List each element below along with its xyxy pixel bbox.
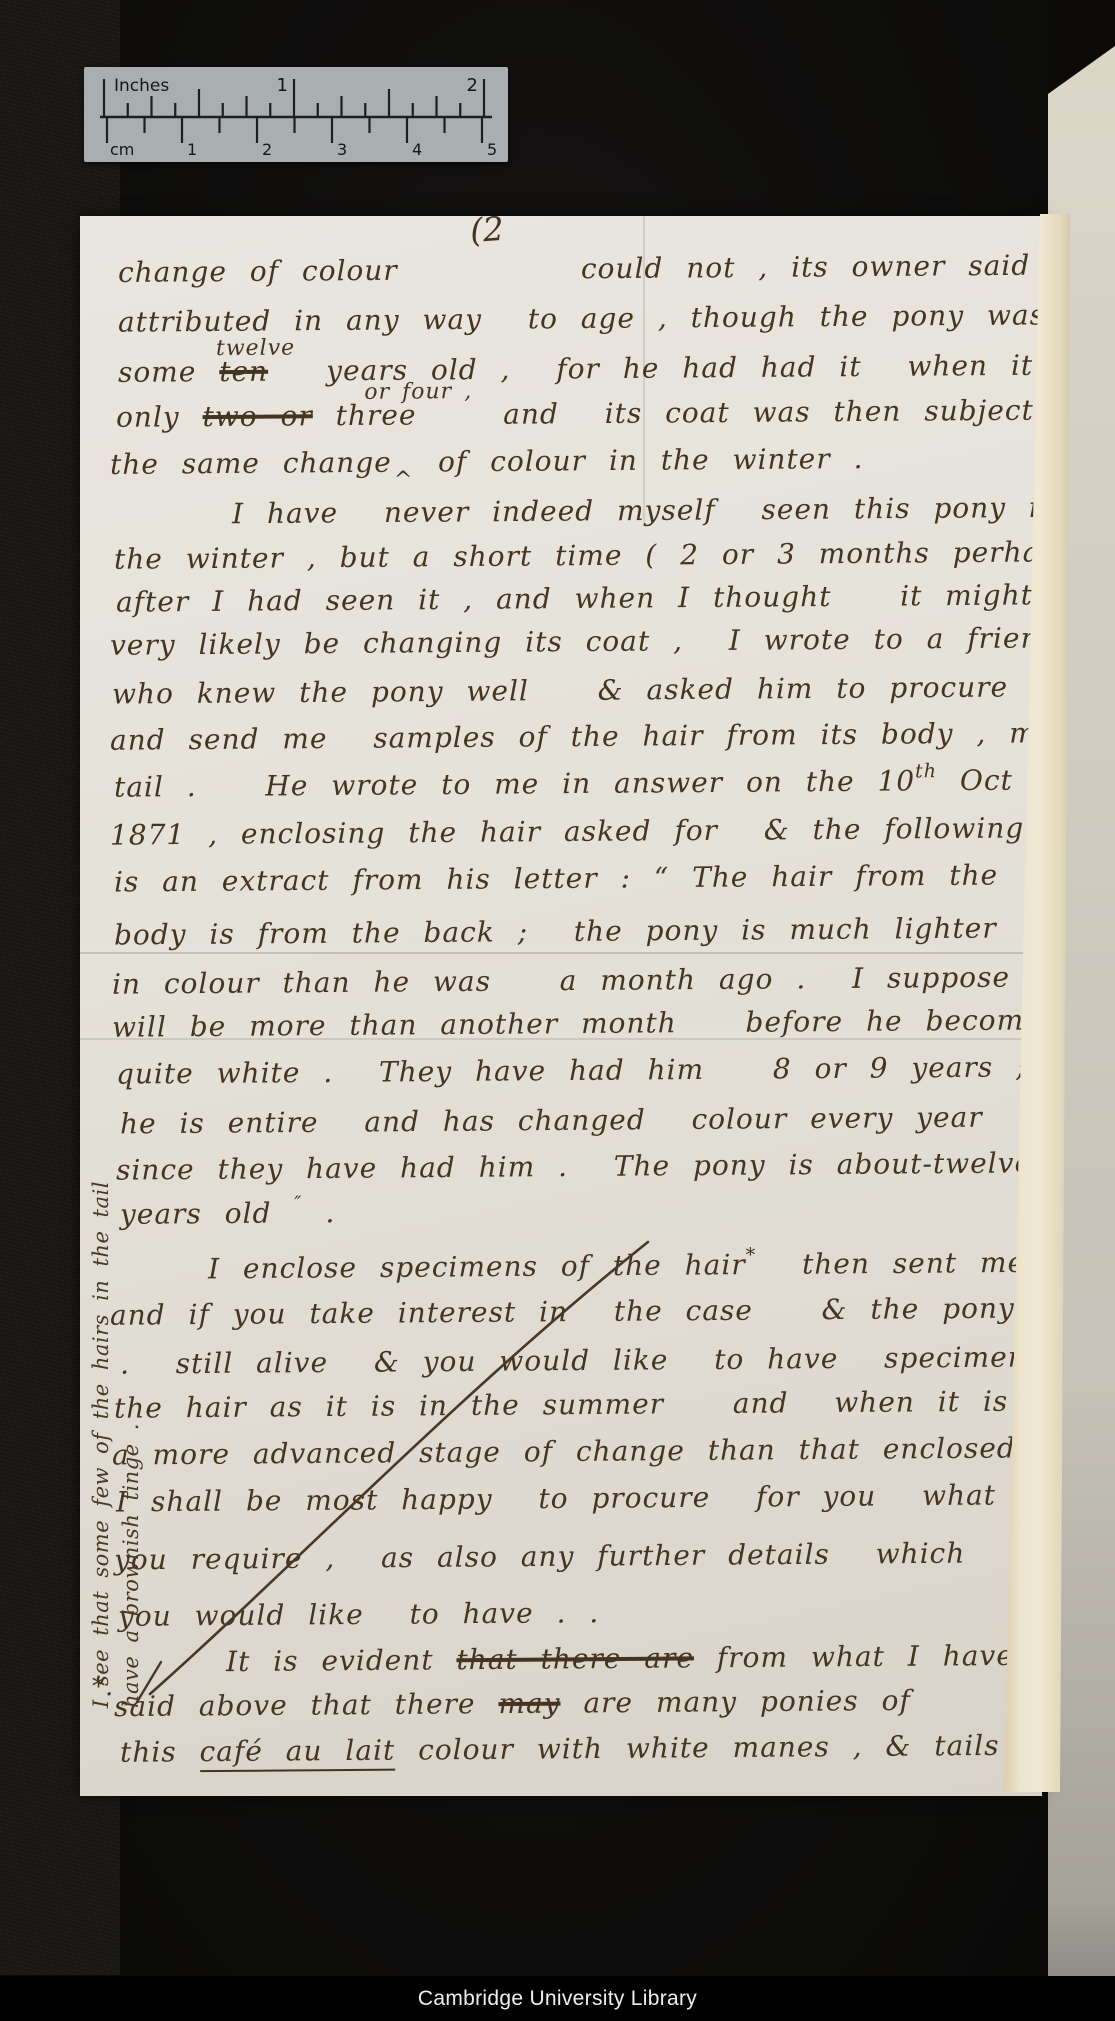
calibration-ruler: Inches12cm12345 xyxy=(84,67,508,162)
manuscript-line: It is evident that there are from what I… xyxy=(226,1636,1014,1682)
ruler-label: 4 xyxy=(412,140,422,159)
text-segment: that there are xyxy=(456,1641,694,1676)
text-segment: very likely be changing its coat , I wro… xyxy=(110,621,1042,661)
text-segment: quite white . They have had him 8 or 9 y… xyxy=(116,1050,1027,1090)
text-segment: is an extract from his letter : “ The ha… xyxy=(114,859,998,899)
text-segment: colour with white manes , & tails , in xyxy=(395,1728,1042,1766)
text-segment: the winter , but a short time ( 2 or 3 m… xyxy=(114,535,1042,576)
manuscript-line: said above that there may are many ponie… xyxy=(114,1681,911,1727)
text-segment: only xyxy=(116,400,203,434)
cloth-corner-shadow xyxy=(1048,0,1115,95)
manuscript-line: is an extract from his letter : “ The ha… xyxy=(114,856,998,903)
text-segment: some xyxy=(118,355,220,389)
text-segment: . still alive & you would like to have s… xyxy=(120,1340,1042,1380)
manuscript-line: he is entire and has changed colour ever… xyxy=(120,1098,983,1145)
manuscript-line: tail . He wrote to me in answer on the 1… xyxy=(114,760,1042,810)
text-segment: said above that there xyxy=(114,1687,499,1723)
text-segment: after I had seen it , and when I thought… xyxy=(116,578,1033,618)
text-segment: you would like to have . . xyxy=(118,1596,599,1633)
footer-band: Cambridge University Library xyxy=(0,1976,1115,2021)
text-segment: * xyxy=(746,1244,757,1266)
margin-note-line: I see that some few of the hairs in the … xyxy=(86,1108,116,1708)
ruler-label: 2 xyxy=(467,75,478,96)
manuscript-line: you would like to have . . xyxy=(118,1593,600,1637)
manuscript-line: I enclose specimens of the hair* then se… xyxy=(208,1243,1042,1293)
page-number: (2 xyxy=(469,216,506,250)
manuscript-line: years old ″ . xyxy=(120,1193,336,1238)
manuscript-line: and send me samples of the hair from its… xyxy=(110,713,1042,760)
text-segment: body is from the back ; the pony is much… xyxy=(114,912,997,952)
manuscript-line: the winter , but a short time ( 2 or 3 m… xyxy=(114,532,1042,580)
manuscript-line: will be more than another month before h… xyxy=(112,1000,1042,1047)
manuscript-line: the same change^ of colour in the winter… xyxy=(110,439,864,488)
text-segment: a more advanced stage of change than tha… xyxy=(112,1431,1016,1471)
margin-note-line: have a brownish tinge . xyxy=(116,1108,146,1708)
text-segment: who knew the pony well & asked him to pr… xyxy=(112,670,1008,710)
text-segment: the same change xyxy=(110,446,392,481)
text-segment: I have never indeed myself seen this pon… xyxy=(232,491,1042,530)
manuscript-line: . still alive & you would like to have s… xyxy=(120,1337,1042,1384)
text-segment: ″ xyxy=(294,1192,302,1214)
text-segment: of colour in the winter . xyxy=(415,442,864,479)
text-segment: may xyxy=(498,1687,560,1720)
text-segment: in colour than he was a month ago . I su… xyxy=(112,960,1042,1000)
manuscript-line: this café au lait colour with white mane… xyxy=(120,1725,1042,1773)
manuscript-line: in colour than he was a month ago . I su… xyxy=(112,957,1042,1004)
text-segment: I enclose specimens of the hair xyxy=(208,1248,746,1285)
manuscript-line: you require , as also any further detail… xyxy=(114,1534,966,1581)
text-segment: It is evident xyxy=(226,1643,457,1678)
manuscript-line: quite white . They have had him 8 or 9 y… xyxy=(116,1047,1027,1094)
text-segment: I shall be most happy to procure for you… xyxy=(116,1479,996,1519)
text-segment: two or xyxy=(202,399,312,433)
manuscript-line: the hair as it is in the summer and when… xyxy=(114,1381,1042,1428)
text-segment: and send me samples of the hair from its… xyxy=(110,716,1042,756)
manuscript-page: (2 change of colour could not , its owne… xyxy=(80,216,1042,1796)
text-segment: Oct : xyxy=(937,763,1042,797)
text-segment: years old xyxy=(120,1196,295,1230)
text-segment: and its coat was then subject to xyxy=(480,393,1042,431)
manuscript-line: only two or threeor four , and its coat … xyxy=(116,390,1042,441)
text-segment: ^ xyxy=(394,468,414,493)
margin-note-vertical: I see that some few of the hairs in the … xyxy=(86,1108,146,1708)
manuscript-line: a more advanced stage of change than tha… xyxy=(112,1428,1016,1475)
text-segment: change of colour could not , its owner s… xyxy=(118,248,1042,289)
ruler-label: 3 xyxy=(337,140,347,159)
ruler-label: 5 xyxy=(487,140,497,159)
ruler-label: Inches xyxy=(114,76,169,96)
photographed-manuscript: Inches12cm12345 (2 change of colour coul… xyxy=(0,0,1115,2021)
text-segment: are many ponies of xyxy=(560,1684,911,1720)
text-segment: he is entire and has changed colour ever… xyxy=(120,1101,983,1141)
text-segment: tail . He wrote to me in answer on the 1… xyxy=(114,764,915,803)
manuscript-line: and if you take interest in the case & t… xyxy=(110,1288,1042,1335)
margin-note-asterisk: *. xyxy=(92,1672,113,1702)
manuscript-line: I shall be most happy to procure for you… xyxy=(116,1476,996,1523)
ruler-label: cm xyxy=(110,140,134,159)
text-segment: café au lait xyxy=(199,1734,395,1773)
manuscript-line: who knew the pony well & asked him to pr… xyxy=(112,667,1008,714)
text-segment: th xyxy=(915,760,937,782)
text-segment: 1871 , enclosing the hair asked for & th… xyxy=(110,811,1024,851)
manuscript-line: since they have had him . The pony is ab… xyxy=(116,1143,1032,1190)
ruler-label: 1 xyxy=(277,75,288,96)
ruler-scale: Inches12cm12345 xyxy=(84,67,508,162)
manuscript-line: 1871 , enclosing the hair asked for & th… xyxy=(110,808,1025,855)
text-segment: or four , xyxy=(364,379,472,405)
manuscript-line: I have never indeed myself seen this pon… xyxy=(232,488,1042,534)
text-segment: twelve xyxy=(216,336,295,362)
manuscript-line: very likely be changing its coat , I wro… xyxy=(110,618,1042,665)
text-segment: . xyxy=(302,1196,335,1229)
text-segment: attributed in any way to age , though th… xyxy=(118,298,1042,338)
text-segment: you require , as also any further detail… xyxy=(114,1537,966,1577)
manuscript-line: after I had seen it , and when I thought… xyxy=(116,575,1033,622)
manuscript-line: change of colour could not , its owner s… xyxy=(118,245,1042,293)
text-segment: since they have had him . The pony is ab… xyxy=(116,1146,1032,1186)
text-segment: from what I have xyxy=(694,1639,1014,1675)
ruler-label: 2 xyxy=(262,140,272,159)
text-segment: this xyxy=(120,1735,200,1769)
ruler-label: 1 xyxy=(187,140,197,159)
manuscript-line: some tentwelve years old , for he had ha… xyxy=(118,345,1042,396)
manuscript-line: body is from the back ; the pony is much… xyxy=(114,909,997,956)
text-segment: and if you take interest in the case & t… xyxy=(110,1291,1042,1331)
text-segment: the hair as it is in the summer and when… xyxy=(114,1384,1042,1424)
text-segment: then sent me , xyxy=(756,1246,1042,1281)
library-credit: Cambridge University Library xyxy=(418,1987,697,2011)
text-segment: will be more than another month before h… xyxy=(112,1003,1042,1043)
